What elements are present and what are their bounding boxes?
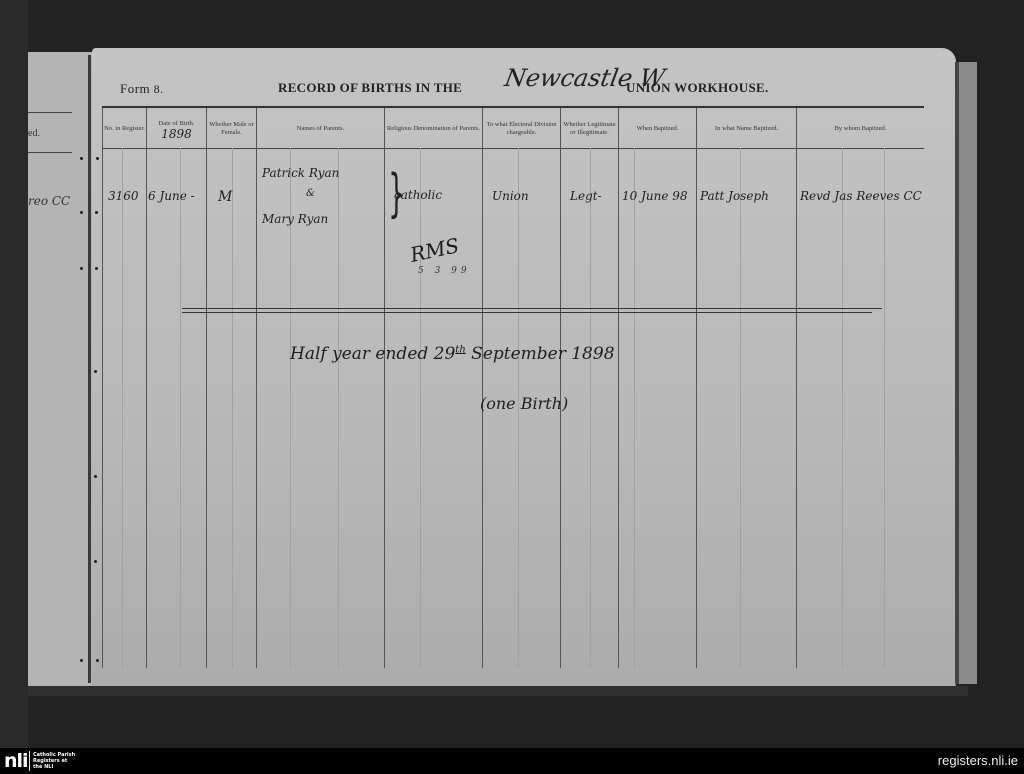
faint-ruling bbox=[180, 148, 181, 668]
entry-name-baptised: Patt Joseph bbox=[700, 189, 769, 203]
faint-ruling bbox=[420, 148, 421, 668]
column-divider bbox=[560, 108, 561, 668]
column-divider bbox=[482, 108, 483, 668]
entry-mother: Mary Ryan bbox=[262, 212, 328, 226]
book-spine bbox=[88, 55, 91, 683]
column-header-legitimacy: Whether Legitimate or Illegitimate. bbox=[561, 110, 618, 148]
initials-date: 5 3 99 bbox=[418, 266, 471, 276]
binding-hole bbox=[95, 211, 98, 214]
logo-caption: Catholic Parish Registers at the NLI bbox=[33, 752, 75, 770]
column-header-name-baptised: In what Name Baptized. bbox=[697, 110, 796, 148]
book-edge-shadow bbox=[0, 0, 28, 748]
page-right-edge bbox=[955, 62, 977, 684]
left-page-fragment: ed. reo CC bbox=[28, 52, 93, 688]
faint-ruling bbox=[122, 148, 123, 668]
left-page-entry-fragment: reo CC bbox=[28, 194, 70, 208]
entry-birth-date: 6 June - bbox=[148, 189, 195, 203]
column-header-by-whom: By whom Baptized. bbox=[797, 110, 924, 148]
binding-hole bbox=[80, 659, 83, 662]
nli-logo[interactable]: nli bbox=[4, 751, 28, 771]
header-top-rule bbox=[102, 106, 924, 108]
binding-hole bbox=[94, 370, 97, 373]
column-header-parents: Names of Parents. bbox=[257, 110, 384, 148]
summary-text: Half year ended 29 bbox=[290, 344, 455, 364]
column-header-date: Date of Birth. 1898 bbox=[147, 110, 206, 148]
faint-ruling bbox=[232, 148, 233, 668]
entry-baptised-by: Revd Jas Reeves CC bbox=[800, 189, 922, 203]
entry-religion: catholic bbox=[394, 188, 442, 202]
handwritten-year: 1898 bbox=[161, 130, 192, 138]
column-divider bbox=[384, 108, 385, 668]
column-header-sex: Whether Male or Female. bbox=[207, 110, 256, 148]
footer-bar: nli Catholic Parish Registers at the NLI… bbox=[0, 748, 1024, 774]
binding-hole bbox=[80, 157, 83, 160]
column-divider bbox=[102, 108, 103, 668]
column-divider bbox=[618, 108, 619, 668]
column-divider bbox=[256, 108, 257, 668]
page-title-left: RECORD OF BIRTHS IN THE bbox=[278, 80, 462, 96]
summary-ordinal: th bbox=[455, 344, 465, 355]
closing-double-rule bbox=[182, 312, 872, 313]
column-header-division: To what Electoral Division chargeable. bbox=[483, 110, 560, 148]
column-divider bbox=[206, 108, 207, 668]
entry-register-no: 3160 bbox=[108, 189, 139, 203]
left-page-rule bbox=[28, 152, 72, 153]
binding-hole bbox=[80, 267, 83, 270]
half-year-summary: Half year ended 29th September 1898 bbox=[290, 344, 615, 364]
header-bottom-rule bbox=[102, 148, 924, 149]
page-title-right: UNION WORKHOUSE. bbox=[626, 80, 769, 96]
page-bottom-shadow bbox=[28, 686, 968, 696]
closing-double-rule bbox=[182, 308, 882, 309]
faint-ruling bbox=[740, 148, 741, 668]
binding-hole bbox=[94, 475, 97, 478]
column-header-religion: Religious Denomination of Parents. bbox=[385, 110, 482, 148]
binding-hole bbox=[94, 560, 97, 563]
entry-division: Union bbox=[492, 189, 529, 203]
entry-legitimacy: Legt- bbox=[570, 189, 602, 203]
entry-sex: M bbox=[218, 189, 232, 205]
column-divider bbox=[146, 108, 147, 668]
summary-text-end: September 1898 bbox=[471, 344, 614, 364]
faint-ruling bbox=[290, 148, 291, 668]
column-header-when-baptised: When Baptized. bbox=[619, 110, 696, 148]
faint-ruling bbox=[338, 148, 339, 668]
left-page-rule bbox=[28, 112, 72, 113]
faint-ruling bbox=[634, 148, 635, 668]
left-page-header-fragment: ed. bbox=[28, 128, 40, 139]
register-image-viewer: ed. reo CC Form 8. RECORD OF BIRTHS IN T… bbox=[0, 0, 1024, 748]
logo-divider bbox=[29, 751, 30, 771]
column-divider bbox=[796, 108, 797, 668]
form-number-value: 8. bbox=[154, 82, 164, 96]
site-link[interactable]: registers.nli.ie bbox=[938, 753, 1018, 768]
binding-hole bbox=[95, 267, 98, 270]
column-header-no: No. in Register. bbox=[103, 110, 146, 148]
form-number: Form 8. bbox=[120, 81, 164, 97]
entry-father: Patrick Ryan bbox=[262, 166, 339, 180]
entry-parents-and: & bbox=[306, 188, 315, 199]
faint-ruling bbox=[842, 148, 843, 668]
binding-hole bbox=[80, 211, 83, 214]
birth-count-note: (one Birth) bbox=[480, 394, 568, 413]
column-divider bbox=[696, 108, 697, 668]
entry-when-baptised: 10 June 98 bbox=[622, 189, 688, 203]
faint-ruling bbox=[884, 148, 885, 668]
binding-hole bbox=[96, 659, 99, 662]
binding-hole bbox=[96, 157, 99, 160]
faint-ruling bbox=[590, 148, 591, 668]
form-prefix: Form bbox=[120, 81, 150, 96]
logo-caption-line: the NLI bbox=[33, 764, 75, 770]
